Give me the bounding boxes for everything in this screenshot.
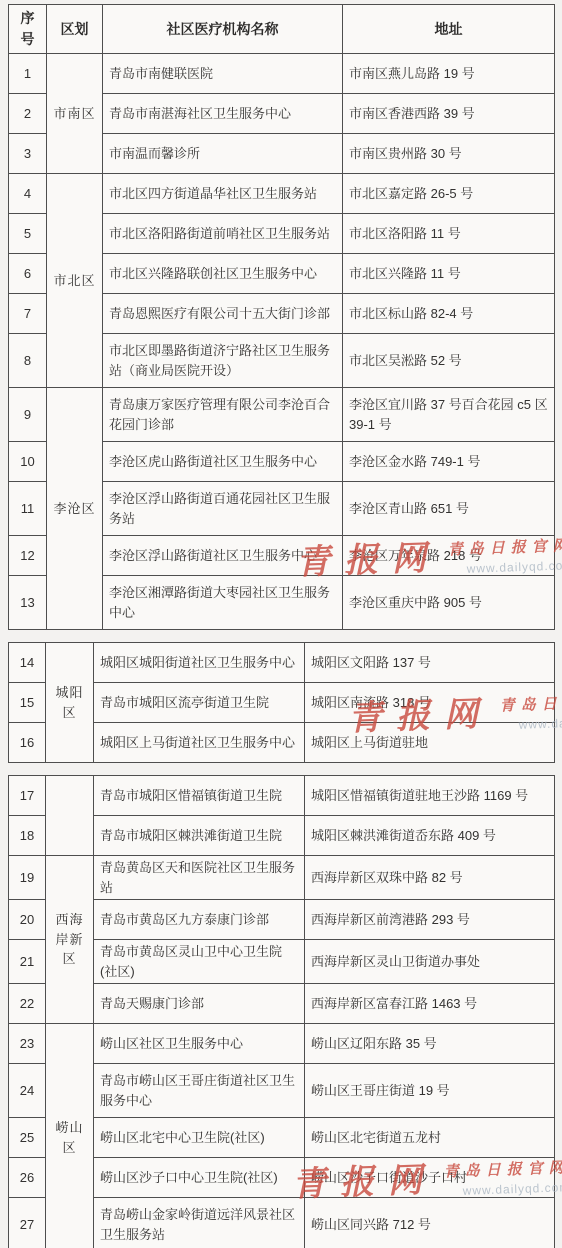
row-number-cell: 3 [9, 134, 47, 174]
address-cell: 李沧区青山路 651 号 [343, 482, 555, 536]
address-cell: 崂山区同兴路 712 号 [305, 1198, 555, 1248]
address-cell: 城阳区文阳路 137 号 [305, 643, 555, 683]
institution-name-cell: 城阳区城阳街道社区卫生服务中心 [94, 643, 305, 683]
row-number-cell: 17 [9, 776, 46, 816]
row-number-cell: 21 [9, 940, 46, 984]
district-cell [46, 776, 94, 856]
section-gap [8, 763, 554, 775]
row-number-cell: 23 [9, 1024, 46, 1064]
district-cell: 李沧区 [47, 388, 103, 630]
row-number-cell: 8 [9, 334, 47, 388]
institution-name-cell: 青岛恩熙医疗有限公司十五大街门诊部 [103, 294, 343, 334]
section-gap [8, 630, 554, 642]
address-cell: 市北区标山路 82-4 号 [343, 294, 555, 334]
table-row: 14城阳区城阳区城阳街道社区卫生服务中心城阳区文阳路 137 号 [9, 643, 555, 683]
institution-name-cell: 市北区四方街道晶华社区卫生服务站 [103, 174, 343, 214]
institution-name-cell: 青岛市黄岛区灵山卫中心卫生院(社区) [94, 940, 305, 984]
district-cell: 市南区 [47, 54, 103, 174]
header-address: 地址 [343, 5, 555, 54]
address-cell: 崂山区辽阳东路 35 号 [305, 1024, 555, 1064]
institution-name-cell: 青岛市城阳区惜福镇街道卫生院 [94, 776, 305, 816]
table-row: 19西海岸新区青岛黄岛区天和医院社区卫生服务站西海岸新区双珠中路 82 号 [9, 856, 555, 900]
address-cell: 李沧区万年泉路 218 号 [343, 536, 555, 576]
table-row: 1市南区青岛市南健联医院市南区燕儿岛路 19 号 [9, 54, 555, 94]
address-cell: 李沧区金水路 749-1 号 [343, 442, 555, 482]
header-district: 区划 [47, 5, 103, 54]
row-number-cell: 18 [9, 816, 46, 856]
row-number-cell: 6 [9, 254, 47, 294]
institution-name-cell: 青岛崂山金家岭街道远洋风景社区卫生服务站 [94, 1198, 305, 1248]
row-number-cell: 11 [9, 482, 47, 536]
header-institution-name: 社区医疗机构名称 [103, 5, 343, 54]
row-number-cell: 7 [9, 294, 47, 334]
address-cell: 崂山区王哥庄街道 19 号 [305, 1064, 555, 1118]
address-cell: 市南区贵州路 30 号 [343, 134, 555, 174]
institution-name-cell: 崂山区沙子口中心卫生院(社区) [94, 1158, 305, 1198]
institution-name-cell: 李沧区浮山路街道百通花园社区卫生服务站 [103, 482, 343, 536]
address-cell: 西海岸新区灵山卫街道办事处 [305, 940, 555, 984]
row-number-cell: 25 [9, 1118, 46, 1158]
row-number-cell: 10 [9, 442, 47, 482]
row-number-cell: 5 [9, 214, 47, 254]
address-cell: 李沧区宜川路 37 号百合花园 c5 区 39-1 号 [343, 388, 555, 442]
district-cell: 崂山区 [46, 1024, 94, 1248]
row-number-cell: 12 [9, 536, 47, 576]
institution-name-cell: 青岛市城阳区棘洪滩街道卫生院 [94, 816, 305, 856]
address-cell: 市北区兴隆路 11 号 [343, 254, 555, 294]
institution-name-cell: 市北区洛阳路街道前哨社区卫生服务站 [103, 214, 343, 254]
row-number-cell: 19 [9, 856, 46, 900]
address-cell: 城阳区棘洪滩街道岙东路 409 号 [305, 816, 555, 856]
row-number-cell: 24 [9, 1064, 46, 1118]
row-number-cell: 20 [9, 900, 46, 940]
address-cell: 市南区香港西路 39 号 [343, 94, 555, 134]
row-number-cell: 27 [9, 1198, 46, 1248]
address-cell: 西海岸新区双珠中路 82 号 [305, 856, 555, 900]
institution-name-cell: 崂山区北宅中心卫生院(社区) [94, 1118, 305, 1158]
institution-name-cell: 青岛市崂山区王哥庄街道社区卫生服务中心 [94, 1064, 305, 1118]
header-row: 序号区划社区医疗机构名称地址 [9, 5, 555, 54]
institution-name-cell: 青岛天赐康门诊部 [94, 984, 305, 1024]
address-cell: 崂山区沙子口街道沙子口村 [305, 1158, 555, 1198]
institution-name-cell: 青岛市黄岛区九方泰康门诊部 [94, 900, 305, 940]
address-cell: 崂山区北宅街道五龙村 [305, 1118, 555, 1158]
institution-name-cell: 青岛市南健联医院 [103, 54, 343, 94]
institution-name-cell: 市北区即墨路街道济宁路社区卫生服务站（商业局医院开设） [103, 334, 343, 388]
address-cell: 市北区吴淞路 52 号 [343, 334, 555, 388]
row-number-cell: 14 [9, 643, 46, 683]
header-number: 序号 [9, 5, 47, 54]
table-row: 4市北区市北区四方街道晶华社区卫生服务站市北区嘉定路 26-5 号 [9, 174, 555, 214]
table-row: 23崂山区崂山区社区卫生服务中心崂山区辽阳东路 35 号 [9, 1024, 555, 1064]
institution-name-cell: 青岛市南湛海社区卫生服务中心 [103, 94, 343, 134]
institution-name-cell: 崂山区社区卫生服务中心 [94, 1024, 305, 1064]
medical-table-page: 序号区划社区医疗机构名称地址1市南区青岛市南健联医院市南区燕儿岛路 19 号2青… [0, 0, 562, 1248]
address-cell: 城阳区南流路 318 号 [305, 683, 555, 723]
row-number-cell: 16 [9, 723, 46, 763]
row-number-cell: 9 [9, 388, 47, 442]
institution-name-cell: 市南温而馨诊所 [103, 134, 343, 174]
address-cell: 市北区嘉定路 26-5 号 [343, 174, 555, 214]
institution-name-cell: 市北区兴隆路联创社区卫生服务中心 [103, 254, 343, 294]
address-cell: 市北区洛阳路 11 号 [343, 214, 555, 254]
district-cell: 市北区 [47, 174, 103, 388]
address-cell: 李沧区重庆中路 905 号 [343, 576, 555, 630]
institution-name-cell: 李沧区虎山路街道社区卫生服务中心 [103, 442, 343, 482]
table-section-chengyang: 14城阳区城阳区城阳街道社区卫生服务中心城阳区文阳路 137 号15青岛市城阳区… [8, 642, 555, 763]
row-number-cell: 22 [9, 984, 46, 1024]
address-cell: 市南区燕儿岛路 19 号 [343, 54, 555, 94]
row-number-cell: 13 [9, 576, 47, 630]
table-row: 17青岛市城阳区惜福镇街道卫生院城阳区惜福镇街道驻地王沙路 1169 号 [9, 776, 555, 816]
table-section-xihaian-laoshan: 17青岛市城阳区惜福镇街道卫生院城阳区惜福镇街道驻地王沙路 1169 号18青岛… [8, 775, 555, 1248]
row-number-cell: 4 [9, 174, 47, 214]
row-number-cell: 15 [9, 683, 46, 723]
row-number-cell: 2 [9, 94, 47, 134]
institution-name-cell: 青岛黄岛区天和医院社区卫生服务站 [94, 856, 305, 900]
address-cell: 城阳区上马街道驻地 [305, 723, 555, 763]
address-cell: 西海岸新区前湾港路 293 号 [305, 900, 555, 940]
address-cell: 城阳区惜福镇街道驻地王沙路 1169 号 [305, 776, 555, 816]
row-number-cell: 1 [9, 54, 47, 94]
district-cell: 西海岸新区 [46, 856, 94, 1024]
institution-name-cell: 城阳区上马街道社区卫生服务中心 [94, 723, 305, 763]
institution-name-cell: 李沧区湘潭路街道大枣园社区卫生服务中心 [103, 576, 343, 630]
institution-name-cell: 青岛康万家医疗管理有限公司李沧百合花园门诊部 [103, 388, 343, 442]
row-number-cell: 26 [9, 1158, 46, 1198]
table-row: 9李沧区青岛康万家医疗管理有限公司李沧百合花园门诊部李沧区宜川路 37 号百合花… [9, 388, 555, 442]
address-cell: 西海岸新区富春江路 1463 号 [305, 984, 555, 1024]
district-cell: 城阳区 [46, 643, 94, 763]
institution-name-cell: 青岛市城阳区流亭街道卫生院 [94, 683, 305, 723]
table-section-shinan-shibei-licang: 序号区划社区医疗机构名称地址1市南区青岛市南健联医院市南区燕儿岛路 19 号2青… [8, 4, 555, 630]
institution-name-cell: 李沧区浮山路街道社区卫生服务中心 [103, 536, 343, 576]
